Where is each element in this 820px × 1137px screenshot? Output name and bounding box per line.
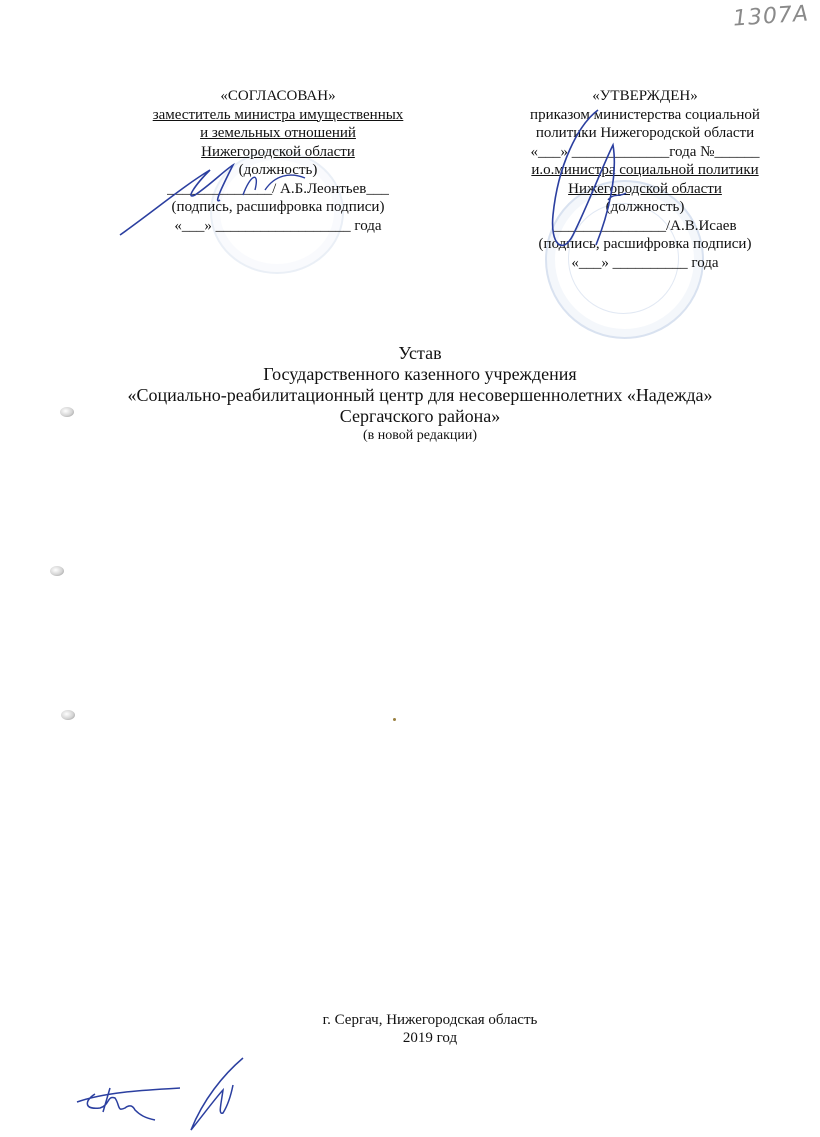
agreed-heading: «СОГЛАСОВАН»	[110, 87, 446, 106]
title-line-institution-name: «Социально-реабилитационный центр для не…	[100, 385, 740, 406]
document-page: 1307А «СОГЛАСОВАН» заместитель министра …	[0, 0, 820, 1137]
title-line-institution-type: Государственного казенного учреждения	[100, 364, 740, 385]
agreed-position-line-1: заместитель министра имущественных	[110, 106, 446, 125]
bottom-initials-right-icon	[183, 1055, 253, 1135]
right-signature-icon	[538, 105, 658, 275]
footer-place: г. Сергач, Нижегородская область	[300, 1011, 560, 1029]
title-line-district: Сергачского района»	[100, 406, 740, 427]
agreed-position-line-2: и земельных отношений	[110, 124, 446, 143]
binding-hole-bottom	[61, 710, 75, 720]
left-signature-icon	[115, 150, 315, 270]
handwritten-document-number: 1307А	[732, 1, 810, 31]
footer-year: 2019 год	[300, 1029, 560, 1047]
document-footer: г. Сергач, Нижегородская область 2019 го…	[300, 1011, 560, 1047]
document-title: Устав Государственного казенного учрежде…	[100, 343, 740, 445]
paper-speck	[393, 718, 396, 721]
title-line-charter: Устав	[100, 343, 740, 364]
bottom-initials-left-icon	[75, 1080, 185, 1130]
binding-hole-middle	[50, 566, 64, 576]
binding-hole-top	[60, 407, 74, 417]
approved-heading: «УТВЕРЖДЕН»	[500, 87, 790, 106]
title-edition-note: (в новой редакции)	[100, 427, 740, 445]
